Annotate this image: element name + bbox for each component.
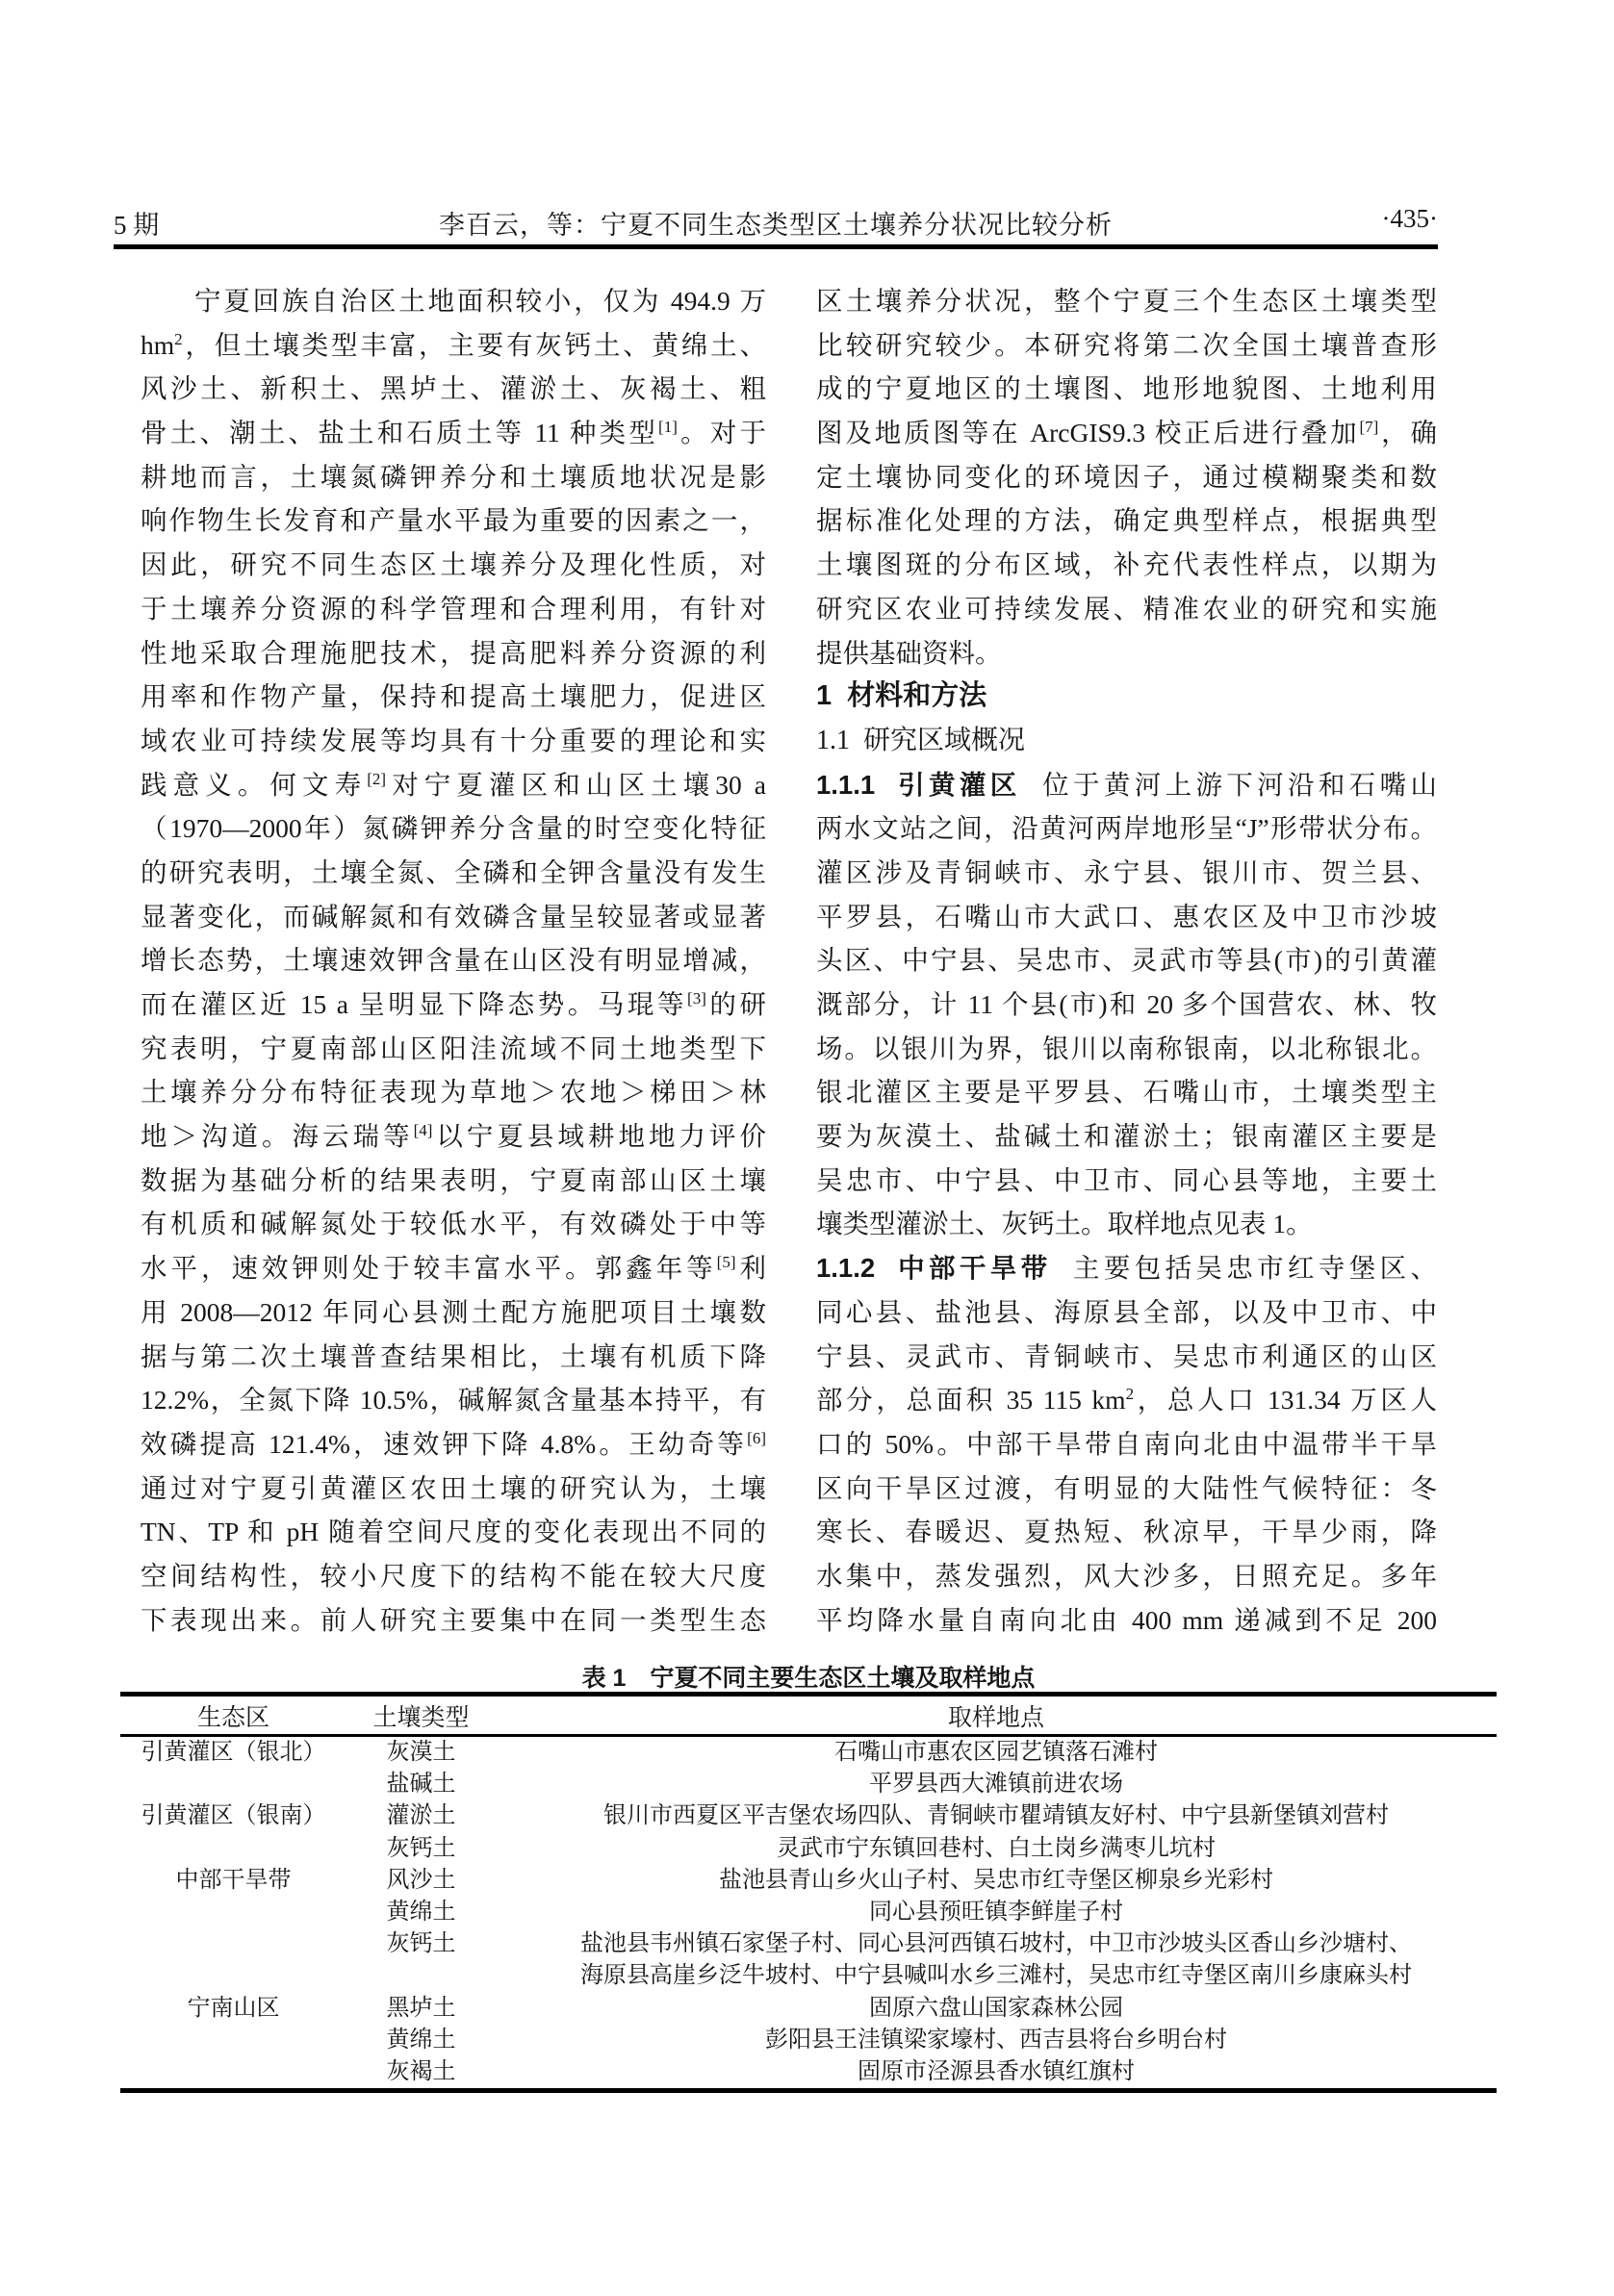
soil-type-cell: 灰钙土	[346, 1928, 496, 1992]
soil-type-cell: 灰钙土	[346, 1833, 496, 1865]
sites-cell: 彭阳县王洼镇梁家壕村、西吉县将台乡明台村	[496, 2025, 1497, 2056]
text-line: 银北灌区主要是平罗县、石嘴山市，土壤类型主	[816, 1070, 1437, 1114]
text-line: 域农业可持续发展等均具有十分重要的理论和实	[141, 719, 766, 763]
text-line: 水平，速效钾则处于较丰富水平。郭鑫年等[5]利	[141, 1246, 766, 1290]
heading-materials-methods: 1 材料和方法	[816, 675, 1437, 719]
site-line: 海原县高崖乡泛牛坡村、中宁县喊叫水乡三滩村，吴忠市红寺堡区南川乡康麻头村	[496, 1960, 1497, 1992]
text-line: 地＞沟道。海云瑞等[4]以宁夏县域耕地地力评价	[141, 1114, 766, 1159]
table-row: 灰钙土 灵武市宁东镇回巷村、白土岗乡满枣儿坑村	[120, 1833, 1497, 1865]
sites-cell: 固原市泾源县香水镇红旗村	[496, 2056, 1497, 2091]
table-row: 黄绵土 彭阳县王洼镇梁家壕村、西吉县将台乡明台村	[120, 2025, 1497, 2056]
text-line: （1970—2000年）氮磷钾养分含量的时空变化特征	[141, 806, 766, 851]
text-line: 同心县、盐池县、海原县全部，以及中卫市、中	[816, 1290, 1437, 1335]
text-line: 水集中，蒸发强烈，风大沙多，日照充足。多年	[816, 1554, 1437, 1598]
text-line: 空间结构性，较小尺度下的结构不能在较大尺度	[141, 1554, 766, 1598]
text-line: 宁夏回族自治区土地面积较小，仅为 494.9 万	[141, 279, 766, 323]
running-title: 李百云，等：宁夏不同生态类型区土壤养分状况比较分析	[114, 204, 1438, 242]
soil-type-cell: 盐碱土	[346, 1769, 496, 1800]
text-line: 显著变化，而碱解氮和有效磷含量呈较显著或显著	[141, 895, 766, 939]
text-line: 提供基础资料。	[816, 631, 1437, 676]
sites-cell: 同心县预旺镇李鲜崖子村	[496, 1897, 1497, 1928]
table-row: 宁南山区 黑垆土 固原六盘山国家森林公园	[120, 1993, 1497, 2025]
table-row: 盐碱土 平罗县西大滩镇前进农场	[120, 1769, 1497, 1800]
soil-type-cell: 风沙土	[346, 1865, 496, 1897]
sites-cell: 银川市西夏区平吉堡农场四队、青铜峡市瞿靖镇友好村、中宁县新堡镇刘营村	[496, 1800, 1497, 1832]
text-line: 两水文站之间，沿黄河两岸地形呈“J”形带状分布。	[816, 806, 1437, 851]
text-line: 灌区涉及青铜峡市、永宁县、银川市、贺兰县、	[816, 851, 1437, 895]
table-row: 引黄灌区（银北） 灰漠土 石嘴山市惠农区园艺镇落石滩村	[120, 1736, 1497, 1770]
text-line: 效磷提高 121.4%，速效钾下降 4.8%。王幼奇等[6]	[141, 1422, 766, 1467]
site-line: 彭阳县王洼镇梁家壕村、西吉县将台乡明台村	[496, 2025, 1497, 2056]
text-line: 数据为基础分析的结果表明，宁夏南部山区土壤	[141, 1159, 766, 1203]
text-line: 因此，研究不同生态区土壤养分及理化性质，对	[141, 543, 766, 587]
eco-region-cell	[120, 1928, 346, 1992]
text-line: 部分，总面积 35 115 km2，总人口 131.34 万区人	[816, 1378, 1437, 1422]
text-line: 成的宁夏地区的土壤图、地形地貌图、土地利用	[816, 367, 1437, 411]
table-row: 黄绵土 同心县预旺镇李鲜崖子村	[120, 1897, 1497, 1928]
table-row: 灰钙土 盐池县韦州镇石家堡子村、同心县河西镇石坡村，中卫市沙坡头区香山乡沙塘村、…	[120, 1928, 1497, 1992]
page-number: ·435·	[1382, 204, 1438, 234]
site-line: 灵武市宁东镇回巷村、白土岗乡满枣儿坑村	[496, 1833, 1497, 1865]
page: 5 期 李百云，等：宁夏不同生态类型区土壤养分状况比较分析 ·435· 宁夏回族…	[0, 0, 1614, 2296]
soil-type-cell: 黑垆土	[346, 1993, 496, 2025]
col-header-eco-region: 生态区	[120, 1695, 346, 1736]
eco-region-cell: 宁南山区	[120, 1993, 346, 2025]
eco-region-cell	[120, 1769, 346, 1800]
sites-cell: 盐池县青山乡火山子村、吴忠市红寺堡区柳泉乡光彩村	[496, 1865, 1497, 1897]
text-line: 的研究表明，土壤全氮、全磷和全钾含量没有发生	[141, 851, 766, 895]
text-line: 土壤养分分布特征表现为草地＞农地＞梯田＞林	[141, 1070, 766, 1114]
eco-region-cell	[120, 2056, 346, 2091]
site-line: 石嘴山市惠农区园艺镇落石滩村	[496, 1737, 1497, 1769]
sites-cell: 固原六盘山国家森林公园	[496, 1993, 1497, 2025]
site-line: 银川市西夏区平吉堡农场四队、青铜峡市瞿靖镇友好村、中宁县新堡镇刘营村	[496, 1800, 1497, 1832]
text-line: 定土壤协同变化的环境因子，通过模糊聚类和数	[816, 455, 1437, 499]
eco-region-cell	[120, 2025, 346, 2056]
sampling-table: 生态区 土壤类型 取样地点 引黄灌区（银北） 灰漠土 石嘴山市惠农区园艺镇落石滩…	[120, 1692, 1497, 2093]
text-line: 壤类型灌淤土、灰钙土。取样地点见表 1。	[816, 1202, 1437, 1246]
text-line: 有机质和碱解氮处于较低水平，有效磷处于中等	[141, 1202, 766, 1246]
text-line: 风沙土、新积土、黑垆土、灌淤土、灰褐土、粗	[141, 367, 766, 411]
text-line: 据标准化处理的方法，确定典型样点，根据典型	[816, 498, 1437, 543]
text-line: 究表明，宁夏南部山区阳洼流域不同土地类型下	[141, 1027, 766, 1071]
text-line: hm2，但土壤类型丰富，主要有灰钙土、黄绵土、	[141, 323, 766, 368]
text-line: TN、TP 和 pH 随着空间尺度的变化表现出不同的	[141, 1510, 766, 1554]
running-header: 5 期 李百云，等：宁夏不同生态类型区土壤养分状况比较分析 ·435·	[114, 204, 1438, 239]
soil-type-cell: 黄绵土	[346, 1897, 496, 1928]
site-line: 固原市泾源县香水镇红旗村	[496, 2056, 1497, 2088]
site-line: 盐池县青山乡火山子村、吴忠市红寺堡区柳泉乡光彩村	[496, 1865, 1497, 1897]
text-line: 践意义。何文寿[2]对宁夏灌区和山区土壤30 a	[141, 763, 766, 807]
text-line: 研究区农业可持续发展、精准农业的研究和实施	[816, 587, 1437, 631]
right-column: 区土壤养分状况，整个宁夏三个生态区土壤类型 比较研究较少。本研究将第二次全国土壤…	[816, 279, 1437, 1642]
text-line: 土壤图斑的分布区域，补充代表性样点，以期为	[816, 543, 1437, 587]
table-caption: 表 1 宁夏不同主要生态区土壤及取样地点	[120, 1659, 1497, 1694]
eco-region-cell	[120, 1833, 346, 1865]
table-row: 灰褐土 固原市泾源县香水镇红旗村	[120, 2056, 1497, 2091]
text-line: 用率和作物产量，保持和提高土壤肥力，促进区	[141, 675, 766, 719]
left-column: 宁夏回族自治区土地面积较小，仅为 494.9 万 hm2，但土壤类型丰富，主要有…	[141, 279, 766, 1642]
text-line: 头区、中宁县、吴忠市、灵武市等县(市)的引黄灌	[816, 938, 1437, 982]
text-line: 比较研究较少。本研究将第二次全国土壤普查形	[816, 323, 1437, 368]
site-line: 平罗县西大滩镇前进农场	[496, 1769, 1497, 1800]
soil-type-cell: 灰褐土	[346, 2056, 496, 2091]
paragraph-start-yellow-river-irrigation: 1.1.1 引黄灌区 位于黄河上游下河沿和石嘴山	[816, 763, 1437, 807]
col-header-sampling-site: 取样地点	[496, 1695, 1497, 1736]
text-line: 骨土、潮土、盐土和石质土等 11 种类型[1]。对于	[141, 411, 766, 455]
text-line: 吴忠市、中宁县、中卫市、同心县等地，主要土	[816, 1159, 1437, 1203]
text-line: 图及地质图等在 ArcGIS9.3 校正后进行叠加[7]，确	[816, 411, 1437, 455]
text-line: 通过对宁夏引黄灌区农田土壤的研究认为，土壤	[141, 1467, 766, 1511]
eco-region-cell: 中部干旱带	[120, 1865, 346, 1897]
text-line: 性地采取合理施肥技术，提高肥料养分资源的利	[141, 631, 766, 676]
heading-study-area: 1.1 研究区域概况	[816, 719, 1437, 763]
paragraph-start-central-arid-zone: 1.1.2 中部干旱带 主要包括吴忠市红寺堡区、	[816, 1246, 1437, 1290]
site-line: 盐池县韦州镇石家堡子村、同心县河西镇石坡村，中卫市沙坡头区香山乡沙塘村、	[496, 1928, 1497, 1960]
table-row: 中部干旱带 风沙土 盐池县青山乡火山子村、吴忠市红寺堡区柳泉乡光彩村	[120, 1865, 1497, 1897]
table-row: 引黄灌区（银南） 灌淤土 银川市西夏区平吉堡农场四队、青铜峡市瞿靖镇友好村、中宁…	[120, 1800, 1497, 1832]
text-line: 于土壤养分资源的科学管理和合理利用，有针对	[141, 587, 766, 631]
text-line: 区向干旱区过渡，有明显的大陆性气候特征：冬	[816, 1467, 1437, 1511]
soil-type-cell: 灌淤土	[346, 1800, 496, 1832]
text-line: 响作物生长发育和产量水平最为重要的因素之一，	[141, 498, 766, 543]
soil-type-cell: 黄绵土	[346, 2025, 496, 2056]
eco-region-cell: 引黄灌区（银北）	[120, 1736, 346, 1770]
text-line: 宁县、灵武市、青铜峡市、吴忠市利通区的山区	[816, 1335, 1437, 1379]
sites-cell: 平罗县西大滩镇前进农场	[496, 1769, 1497, 1800]
text-line: 用 2008—2012 年同心县测土配方施肥项目土壤数	[141, 1290, 766, 1335]
text-line: 而在灌区近 15 a 呈明显下降态势。马琨等[3]的研	[141, 982, 766, 1027]
col-header-soil-type: 土壤类型	[346, 1695, 496, 1736]
text-line: 平罗县，石嘴山市大武口、惠农区及中卫市沙坡	[816, 895, 1437, 939]
text-line: 耕地而言，土壤氮磷钾养分和土壤质地状况是影	[141, 455, 766, 499]
eco-region-cell	[120, 1897, 346, 1928]
text-line: 溉部分，计 11 个县(市)和 20 多个国营农、林、牧	[816, 982, 1437, 1027]
site-line: 同心县预旺镇李鲜崖子村	[496, 1897, 1497, 1928]
eco-region-cell: 引黄灌区（银南）	[120, 1800, 346, 1832]
text-line: 场。以银川为界，银川以南称银南，以北称银北。	[816, 1027, 1437, 1071]
text-line: 12.2%，全氮下降 10.5%，碱解氮含量基本持平，有	[141, 1378, 766, 1422]
text-line: 区土壤养分状况，整个宁夏三个生态区土壤类型	[816, 279, 1437, 323]
header-rule	[114, 244, 1438, 249]
site-line: 固原六盘山国家森林公园	[496, 1993, 1497, 2025]
sites-cell: 石嘴山市惠农区园艺镇落石滩村	[496, 1736, 1497, 1770]
sites-cell: 灵武市宁东镇回巷村、白土岗乡满枣儿坑村	[496, 1833, 1497, 1865]
table-header-row: 生态区 土壤类型 取样地点	[120, 1695, 1497, 1736]
soil-type-cell: 灰漠土	[346, 1736, 496, 1770]
text-line: 平均降水量自南向北由 400 mm 递减到不足 200	[816, 1598, 1437, 1643]
sites-cell: 盐池县韦州镇石家堡子村、同心县河西镇石坡村，中卫市沙坡头区香山乡沙塘村、 海原县…	[496, 1928, 1497, 1992]
text-line: 寒长、春暖迟、夏热短、秋凉早，干旱少雨，降	[816, 1510, 1437, 1554]
text-line: 据与第二次土壤普查结果相比，土壤有机质下降	[141, 1335, 766, 1379]
text-line: 要为灰漠土、盐碱土和灌淤土；银南灌区主要是	[816, 1114, 1437, 1159]
text-line: 下表现出来。前人研究主要集中在同一类型生态	[141, 1598, 766, 1643]
text-line: 口的 50%。中部干旱带自南向北由中温带半干旱	[816, 1422, 1437, 1467]
text-line: 增长态势，土壤速效钾含量在山区没有明显增减，	[141, 938, 766, 982]
